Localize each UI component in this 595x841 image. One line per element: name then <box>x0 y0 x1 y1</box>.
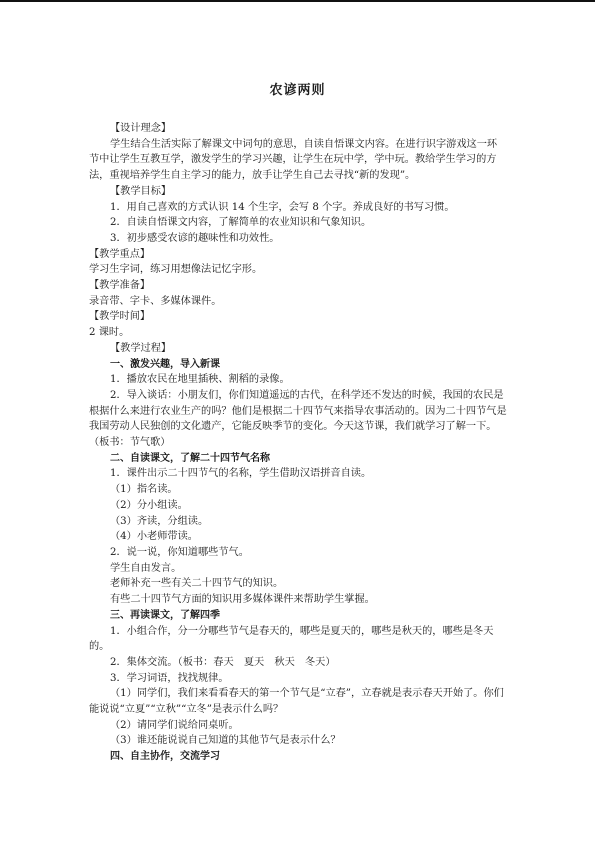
document-body: 【设计理念】 学生结合生活实际了解课文中词句的意思，自读自悟课文内容。在进行识字… <box>89 121 507 765</box>
step-2-sub-3: （3）齐读，分组读。 <box>89 514 507 530</box>
step-heading-1: 一、激发兴趣，导入新课 <box>89 357 507 373</box>
step-2-note-2: 老师补充一些有关二十四节气的知识。 <box>89 576 507 592</box>
step-2-sub-4: （4）小老师带读。 <box>89 529 507 545</box>
section-heading-objectives: 【教学目标】 <box>89 184 507 200</box>
step-3-sub-1: （1）同学们，我们来看看春天的第一个节气是“立春”，立春就是表示春天开始了。你们… <box>89 686 507 717</box>
step-3-item-2: 2．集体交流。（板书：春天 夏天 秋天 冬天） <box>89 655 507 671</box>
step-heading-4: 四、自主协作，交流学习 <box>89 749 507 765</box>
paragraph-design-concept: 学生结合生活实际了解课文中词句的意思，自读自悟课文内容。在进行识字游戏这一环节中… <box>89 137 507 184</box>
paragraph-key-points: 学习生字词，练习用想像法记忆字形。 <box>89 262 507 278</box>
step-3-item-1: 1．小组合作，分一分哪些节气是春天的，哪些是夏天的，哪些是秋天的，哪些是冬天的。 <box>89 624 507 655</box>
step-1-item-1: 1．播放农民在地里插秧、割稻的录像。 <box>89 372 507 388</box>
objective-item-2: 2．自读自悟课文内容，了解简单的农业知识和气象知识。 <box>89 215 507 231</box>
section-heading-time: 【教学时间】 <box>89 309 507 325</box>
objective-item-1: 1．用自己喜欢的方式认识 14 个生字，会写 8 个字。养成良好的书写习惯。 <box>89 200 507 216</box>
step-3-sub-2: （2）请同学们说给同桌听。 <box>89 718 507 734</box>
section-heading-process: 【教学过程】 <box>89 341 507 357</box>
step-heading-2: 二、自读课文，了解二十四节气名称 <box>89 451 507 467</box>
section-heading-preparation: 【教学准备】 <box>89 278 507 294</box>
step-2-note-1: 学生自由发言。 <box>89 561 507 577</box>
step-2-item-2: 2．说一说，你知道哪些节气。 <box>89 545 507 561</box>
document-title: 农谚两则 <box>0 79 595 98</box>
step-1-item-2: 2．导入谈话：小朋友们，你们知道遥远的古代，在科学还不发达的时候，我国的农民是根… <box>89 388 507 451</box>
paragraph-preparation: 录音带、字卡、多媒体课件。 <box>89 294 507 310</box>
section-heading-design-concept: 【设计理念】 <box>89 121 507 137</box>
objective-item-3: 3．初步感受农谚的趣味性和功效性。 <box>89 231 507 247</box>
step-3-sub-3: （3）谁还能说说自己知道的其他节气是表示什么？ <box>89 733 507 749</box>
step-2-item-1: 1．课件出示二十四节气的名称，学生借助汉语拼音自读。 <box>89 466 507 482</box>
step-2-note-3: 有些二十四节气方面的知识用多媒体课件来帮助学生掌握。 <box>89 592 507 608</box>
section-heading-key-points: 【教学重点】 <box>89 247 507 263</box>
step-2-sub-2: （2）分小组读。 <box>89 498 507 514</box>
page-top-border <box>0 0 595 2</box>
step-2-sub-1: （1）指名读。 <box>89 482 507 498</box>
paragraph-time: 2 课时。 <box>89 325 507 341</box>
step-3-item-3: 3．学习词语，找找规律。 <box>89 671 507 687</box>
step-heading-3: 三、再读课文，了解四季 <box>89 608 507 624</box>
